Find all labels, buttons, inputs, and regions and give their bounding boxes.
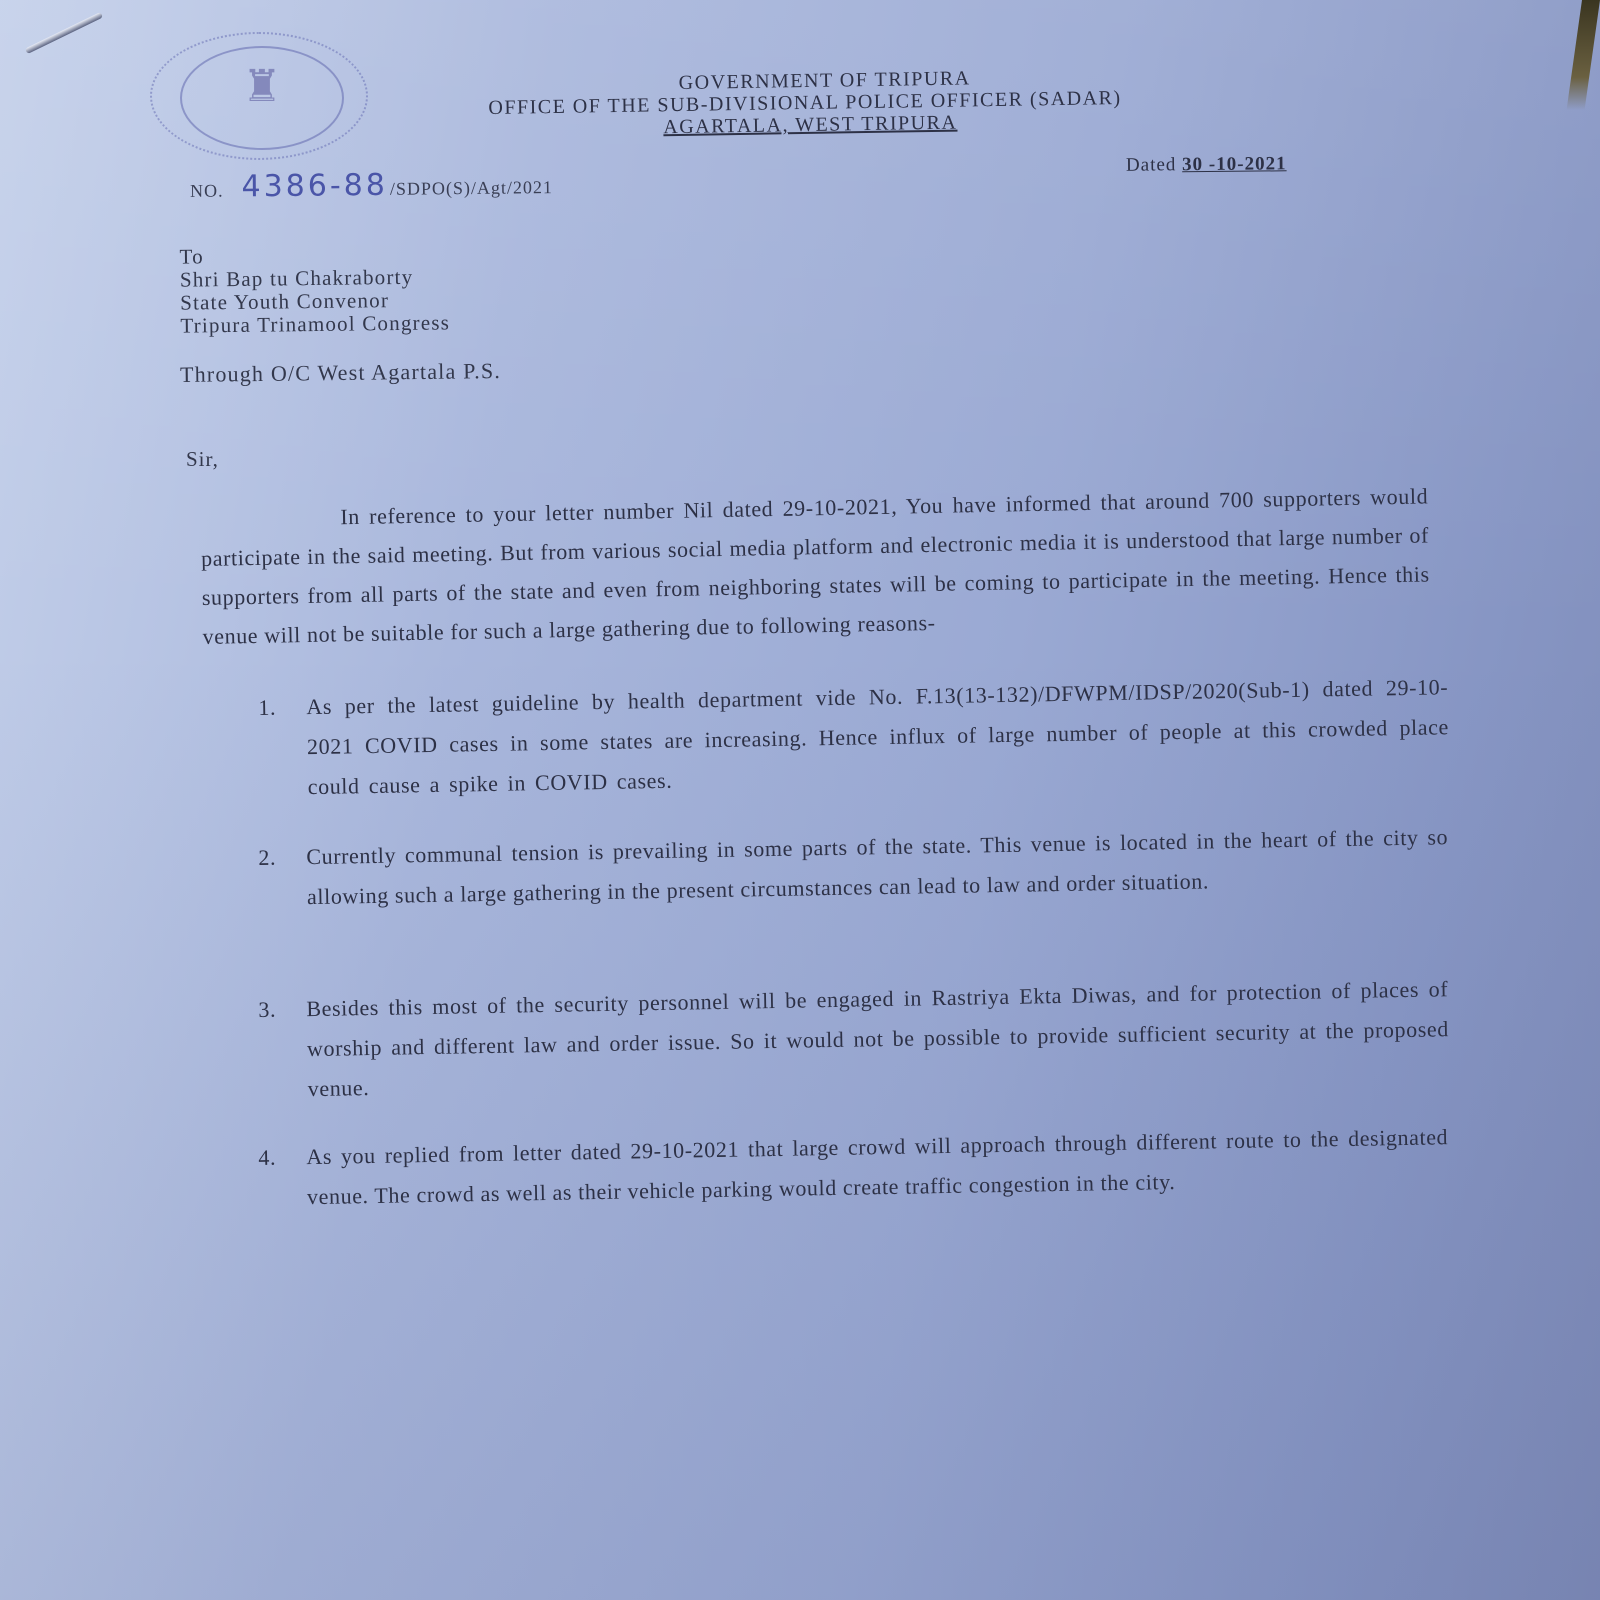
reason-number: 2. <box>258 837 307 918</box>
reference-prefix: NO. <box>190 181 224 201</box>
reason-list-2: 2. Currently communal tension is prevail… <box>258 817 1449 918</box>
reason-text: As you replied from letter dated 29-10-2… <box>306 1117 1449 1217</box>
handwritten-number: 4386-88 <box>241 168 388 205</box>
reason-text: Currently communal tension is prevailing… <box>306 817 1449 917</box>
reason-list-1: 1. As per the latest guideline by health… <box>258 667 1450 808</box>
reason-list-3: 3. Besides this most of the security per… <box>258 969 1450 1110</box>
date-value: 30 -10-2021 <box>1182 153 1287 175</box>
letterhead: GOVERNMENT OF TRIPURA OFFICE OF THE SUB-… <box>385 63 1226 142</box>
date-label: Dated <box>1126 154 1177 175</box>
reason-text: As per the latest guideline by health de… <box>306 667 1450 807</box>
reference-suffix: /SDPO(S)/Agt/2021 <box>390 177 553 199</box>
recipient-address: To Shri Bap tu Chakraborty State Youth C… <box>179 242 450 337</box>
reason-number: 4. <box>258 1137 307 1218</box>
photo-lighting-shade <box>0 0 1600 1600</box>
pen-stroke-mark <box>25 12 103 54</box>
recipient-organization: Tripura Trinamool Congress <box>180 311 450 337</box>
salutation: Sir, <box>186 447 219 472</box>
reason-number: 1. <box>258 687 308 808</box>
reason-item: 4. As you replied from letter dated 29-1… <box>258 1117 1449 1218</box>
state-emblem-icon: ♜ <box>234 56 290 118</box>
reason-list-4: 4. As you replied from letter dated 29-1… <box>258 1117 1449 1218</box>
body-paragraph: In reference to your letter number Nil d… <box>200 476 1431 656</box>
office-seal-stamp: ♜ <box>150 32 368 160</box>
recipient-name: Shri Bap tu Chakraborty <box>180 265 450 291</box>
reason-item: 2. Currently communal tension is prevail… <box>258 817 1449 918</box>
reason-item: 1. As per the latest guideline by health… <box>258 667 1450 808</box>
reference-number: NO.4386-88/SDPO(S)/Agt/2021 <box>190 166 553 205</box>
letter-body: In reference to your letter number Nil d… <box>200 476 1431 656</box>
through-line: Through O/C West Agartala P.S. <box>180 358 501 388</box>
reason-number: 3. <box>258 989 308 1110</box>
reason-text: Besides this most of the security person… <box>306 969 1450 1109</box>
reason-item: 3. Besides this most of the security per… <box>258 969 1450 1110</box>
letter-date: Dated 30 -10-2021 <box>1126 153 1287 176</box>
background-edge <box>1567 0 1600 110</box>
